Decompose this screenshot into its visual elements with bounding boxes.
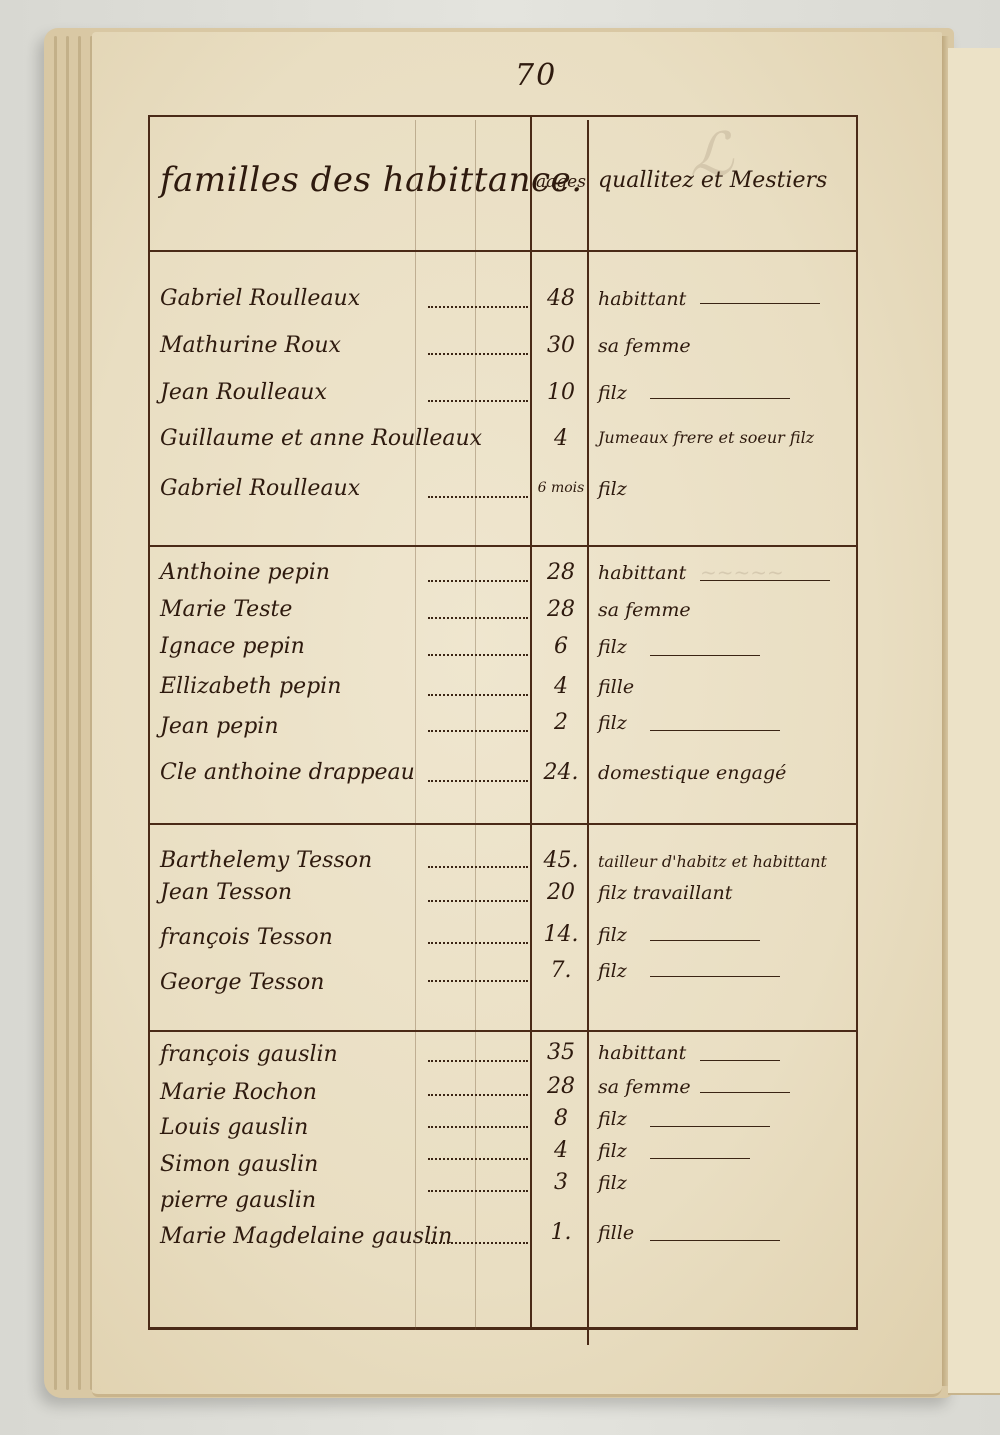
member-age: 20 <box>536 880 586 905</box>
ink-flourish <box>650 976 780 977</box>
pencil-guide-line <box>475 120 476 1330</box>
member-age: 6 <box>536 634 586 659</box>
member-name: Ignace pepin <box>160 634 305 659</box>
ink-flourish <box>700 1092 790 1093</box>
member-name: Guillaume et anne Roulleaux <box>160 426 482 451</box>
pencil-guide-line <box>415 120 416 1330</box>
leader-dots <box>428 1126 528 1128</box>
member-name: Simon gauslin <box>160 1152 318 1177</box>
member-name: Marie Rochon <box>160 1080 317 1105</box>
leader-dots <box>428 496 528 498</box>
member-quality: tailleur d'habitz et habittant <box>598 852 827 871</box>
leader-dots <box>428 980 528 982</box>
page-number: 70 <box>515 58 557 93</box>
member-quality: sa femme <box>598 335 691 357</box>
leader-dots <box>428 1242 528 1244</box>
member-age: 45. <box>536 848 586 873</box>
leader-dots <box>428 780 528 782</box>
ink-flourish <box>650 730 780 731</box>
member-age: 7. <box>536 958 586 983</box>
leader-dots <box>428 353 528 355</box>
ink-flourish <box>650 398 790 399</box>
member-age: 10 <box>536 380 586 405</box>
member-age: 6 mois <box>536 480 586 496</box>
member-name: Marie Magdelaine gauslin <box>160 1224 452 1249</box>
leader-dots <box>428 694 528 696</box>
family-separator <box>148 1030 858 1032</box>
member-name: Gabriel Roulleaux <box>160 476 360 501</box>
leader-dots <box>428 1158 528 1160</box>
member-age: 48 <box>536 286 586 311</box>
ink-flourish <box>650 1126 770 1127</box>
column-divider-quality <box>587 120 589 1345</box>
family-separator <box>148 823 858 825</box>
leader-dots <box>428 1190 528 1192</box>
member-name: George Tesson <box>160 970 324 995</box>
member-age: 1. <box>536 1220 586 1245</box>
member-age: 24. <box>536 760 586 785</box>
member-name: Gabriel Roulleaux <box>160 286 360 311</box>
leader-dots <box>428 306 528 308</box>
member-age: 4 <box>536 426 586 451</box>
leader-dots <box>428 617 528 619</box>
member-name: Jean Roulleaux <box>160 380 327 405</box>
leader-dots <box>428 400 528 402</box>
member-quality: filz <box>598 636 627 658</box>
ink-flourish <box>650 1158 750 1159</box>
member-name: Cle anthoine drappeau <box>160 760 415 785</box>
header-quality: quallitez et Mestiers <box>598 168 827 193</box>
member-quality: habittant <box>598 288 686 310</box>
member-quality: fille <box>598 1222 634 1244</box>
member-quality: filz travaillant <box>598 882 732 904</box>
leader-dots <box>428 654 528 656</box>
member-name: françois gauslin <box>160 1042 338 1067</box>
ink-flourish <box>650 1240 780 1241</box>
ink-flourish <box>700 303 820 304</box>
member-age: 3 <box>536 1170 586 1195</box>
member-age: 28 <box>536 560 586 585</box>
member-age: 35 <box>536 1040 586 1065</box>
member-quality: habittant <box>598 1042 686 1064</box>
leader-dots <box>428 900 528 902</box>
ink-flourish <box>700 1060 780 1061</box>
leader-dots <box>428 1094 528 1096</box>
member-quality: Jumeaux frere et soeur filz <box>598 428 814 447</box>
member-name: Jean Tesson <box>160 880 292 905</box>
member-name: Louis gauslin <box>160 1115 308 1140</box>
ink-flourish <box>650 940 760 941</box>
member-quality: sa femme <box>598 599 691 621</box>
ink-flourish <box>650 655 760 656</box>
member-name: pierre gauslin <box>160 1188 316 1213</box>
leader-dots <box>428 942 528 944</box>
member-age: 14. <box>536 922 586 947</box>
member-age: 2 <box>536 710 586 735</box>
member-age: 28 <box>536 597 586 622</box>
member-quality: filz <box>598 924 627 946</box>
member-quality: sa femme <box>598 1076 691 1098</box>
member-name: Marie Teste <box>160 597 292 622</box>
member-name: françois Tesson <box>160 925 333 950</box>
member-quality: filz <box>598 1140 627 1162</box>
member-age: 4 <box>536 674 586 699</box>
leader-dots <box>428 730 528 732</box>
member-quality: domestique engagé <box>598 762 786 784</box>
member-quality: filz <box>598 1108 627 1130</box>
member-name: Jean pepin <box>160 714 279 739</box>
member-age: 30 <box>536 333 586 358</box>
member-age: 8 <box>536 1106 586 1131</box>
header-separator <box>148 250 858 252</box>
header-families: familles des habittance. <box>160 160 583 200</box>
member-age: 4 <box>536 1138 586 1163</box>
leader-dots <box>428 866 528 868</box>
leader-dots <box>428 1060 528 1062</box>
member-name: Barthelemy Tesson <box>160 848 372 873</box>
member-quality: filz <box>598 382 627 404</box>
member-quality: fille <box>598 676 634 698</box>
header-age: aages <box>536 172 586 192</box>
member-name: Ellizabeth pepin <box>160 674 341 699</box>
member-quality: filz <box>598 1172 627 1194</box>
leader-dots <box>428 580 528 582</box>
facing-page <box>948 48 1000 1395</box>
member-age: 28 <box>536 1074 586 1099</box>
member-quality: filz <box>598 960 627 982</box>
member-name: Mathurine Roux <box>160 333 341 358</box>
family-separator <box>148 545 858 547</box>
member-quality: filz <box>598 712 627 734</box>
member-name: Anthoine pepin <box>160 560 330 585</box>
ink-flourish <box>700 580 830 581</box>
member-quality: habittant <box>598 562 686 584</box>
member-quality: filz <box>598 478 627 500</box>
column-divider-age <box>530 115 532 1330</box>
